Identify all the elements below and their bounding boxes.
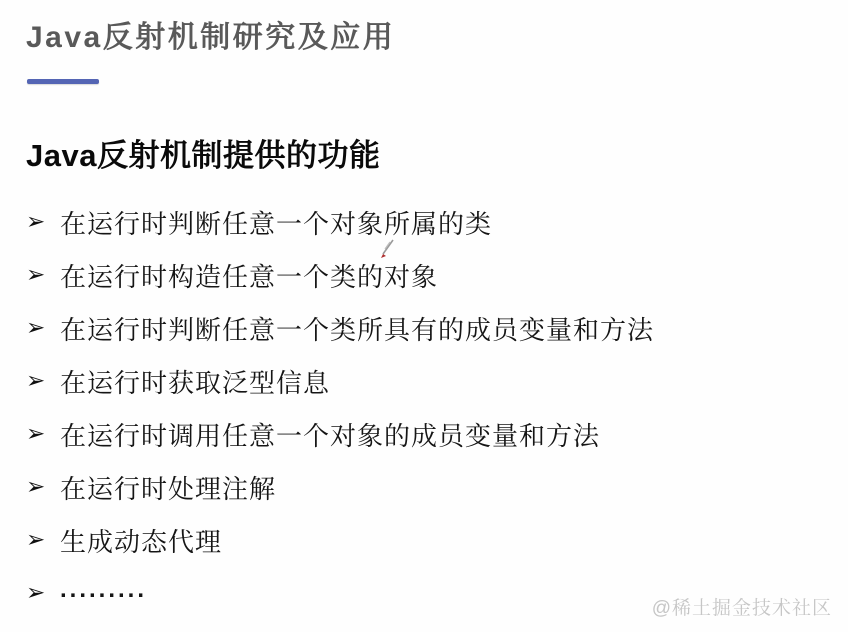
list-item: ➢ 在运行时调用任意一个对象的成员变量和方法 xyxy=(26,408,824,461)
list-item-text: 在运行时获取泛型信息 xyxy=(60,363,330,400)
title-underline xyxy=(27,79,99,84)
list-item-text: ......... xyxy=(60,576,147,604)
slide-page: Java反射机制研究及应用 Java反射机制提供的功能 ➢ 在运行时判断任意一个… xyxy=(0,0,848,632)
list-item-text: 在运行时判断任意一个类所具有的成员变量和方法 xyxy=(60,310,654,347)
arrow-bullet-icon: ➢ xyxy=(26,422,60,445)
watermark: @稀土掘金技术社区 xyxy=(652,593,832,620)
arrow-bullet-icon: ➢ xyxy=(26,528,60,551)
feature-list: ➢ 在运行时判断任意一个对象所属的类 ➢ 在运行时构造任意一个类的对象 ➢ 在运… xyxy=(26,196,824,620)
slide-content: Java反射机制提供的功能 ➢ 在运行时判断任意一个对象所属的类 ➢ 在运行时构… xyxy=(26,138,824,620)
arrow-bullet-icon: ➢ xyxy=(26,263,60,286)
section-heading: Java反射机制提供的功能 xyxy=(26,138,824,174)
arrow-bullet-icon: ➢ xyxy=(26,475,60,498)
list-item-text: 在运行时调用任意一个对象的成员变量和方法 xyxy=(60,416,600,453)
list-item: ➢ 在运行时判断任意一个类所具有的成员变量和方法 xyxy=(26,302,824,355)
list-item: ➢ 生成动态代理 xyxy=(26,514,824,567)
page-title: Java反射机制研究及应用 xyxy=(26,20,824,56)
arrow-bullet-icon: ➢ xyxy=(26,316,60,339)
list-item: ➢ 在运行时处理注解 xyxy=(26,461,824,514)
arrow-bullet-icon: ➢ xyxy=(26,369,60,392)
list-item-text: 生成动态代理 xyxy=(60,522,222,559)
list-item-text: 在运行时构造任意一个类的对象 xyxy=(60,257,438,294)
arrow-bullet-icon: ➢ xyxy=(26,210,60,233)
list-item-text: 在运行时处理注解 xyxy=(60,469,276,506)
page-header: Java反射机制研究及应用 xyxy=(26,20,824,84)
list-item: ➢ 在运行时判断任意一个对象所属的类 xyxy=(26,196,824,249)
arrow-bullet-icon: ➢ xyxy=(26,581,60,604)
list-item: ➢ 在运行时构造任意一个类的对象 xyxy=(26,249,824,302)
list-item: ➢ 在运行时获取泛型信息 xyxy=(26,355,824,408)
list-item-text: 在运行时判断任意一个对象所属的类 xyxy=(60,204,492,241)
